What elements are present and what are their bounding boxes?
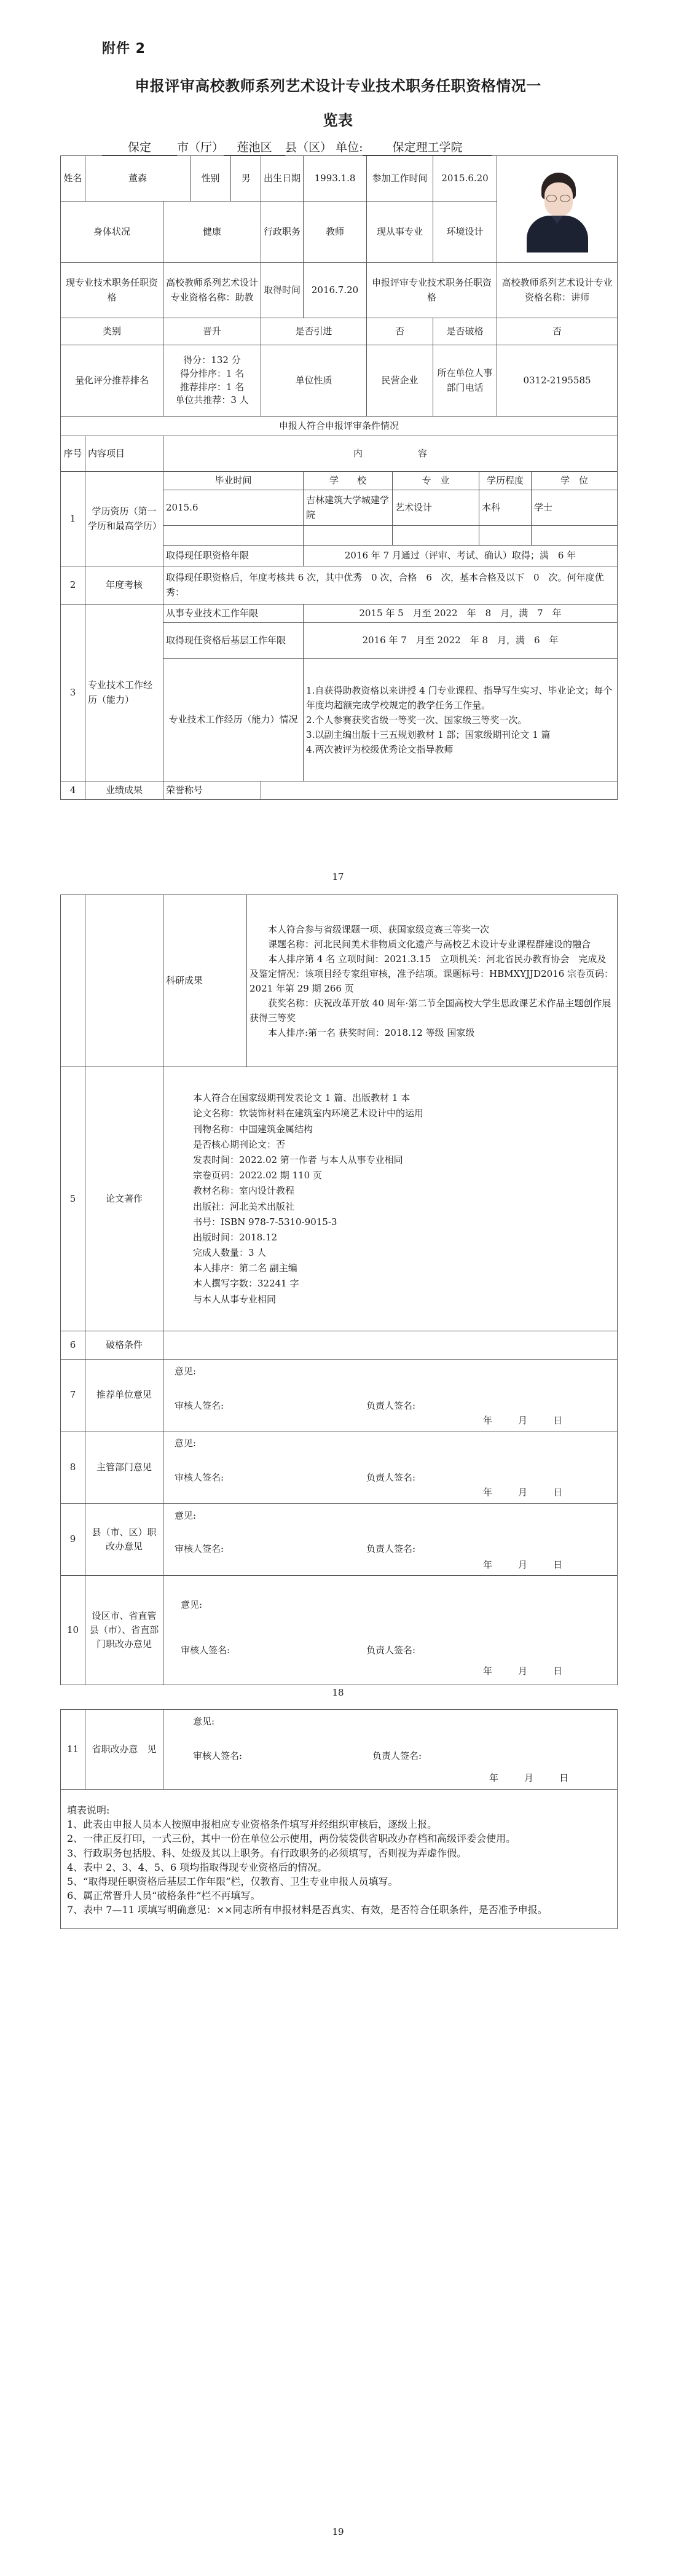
item-6-label: 破格条件 (85, 1331, 163, 1360)
paper-line: 本人撰写字数：32241 字 (193, 1276, 615, 1291)
paper-line: 宗卷页码：2022.02 期 110 页 (193, 1168, 615, 1183)
research-line: 获奖名称：庆祝改革开放 40 周年·第二节全国高校大学生思政课艺术作品主题创作展… (250, 996, 615, 1025)
item-3-label: 专业技术工作经历（能力） (85, 605, 163, 781)
leader-sign-label: 负责人签名: (366, 1643, 415, 1658)
item-6-no: 6 (61, 1331, 85, 1360)
edu-empty-cell (393, 526, 479, 546)
opinion-label: 意见: (175, 1364, 196, 1379)
unit-type-label: 单位性质 (261, 345, 367, 417)
page-number-18: 18 (307, 1687, 369, 1698)
unit-type-value: 民营企业 (367, 345, 433, 417)
date-line: 年月日 (483, 1414, 594, 1428)
notes-section: 填表说明: 1、此表由申报人员本人按照申报相应专业资格条件填写并经组织审核后，逐… (61, 1790, 618, 1929)
photo-cell (497, 156, 618, 263)
qual-years-value: 2016 年 7 月通过（评审、考试、确认）取得；满 6 年 (304, 546, 618, 566)
score-rank-line: 得分排序：1 名 (166, 367, 258, 381)
item-11-opinion[interactable]: 意见: 审核人签名: 负责人签名: 年月日 (163, 1710, 618, 1790)
note-line: 2、一律正反打印，一式三份，其中一份在单位公示使用，两份装袋供省职改办存档和高级… (67, 1831, 612, 1846)
page-title-line1: 申报评审高校教师系列艺术设计专业技术职务任职资格情况一 (61, 74, 615, 95)
birth-value: 1993.1.8 (304, 156, 367, 202)
leader-sign-label: 负责人签名: (372, 1749, 422, 1763)
item-6-content (163, 1331, 618, 1360)
item-5-no: 5 (61, 1067, 85, 1331)
name-label: 姓名 (61, 156, 85, 202)
gender-label: 性别 (191, 156, 231, 202)
city-suffix: 市（厅） (177, 141, 224, 154)
info-table-page1: 姓名 董森 性别 男 出生日期 1993.1.8 参加工作时间 2015.6.2… (60, 155, 618, 800)
item-1-no: 1 (61, 472, 85, 566)
item-1-label: 学历资历（第一学历和最高学历） (85, 472, 163, 566)
admin-post-label: 行政职务 (261, 202, 304, 263)
edu-header-school: 学 校 (304, 472, 393, 490)
item-7-no: 7 (61, 1360, 85, 1431)
health-value: 健康 (163, 202, 261, 263)
research-label: 科研成果 (163, 895, 247, 1067)
edu-school: 吉林建筑大学城建学院 (304, 490, 393, 526)
year-label: 年 (483, 1559, 492, 1570)
honor-value (261, 781, 618, 800)
category-value: 晋升 (163, 318, 261, 345)
research-line: 本人排序:第一名 获奖时间：2018.12 等级 国家级 (250, 1025, 615, 1040)
grassroots-label: 取得现任资格后基层工作年限 (163, 623, 304, 659)
honor-label: 荣誉称号 (163, 781, 261, 800)
notes-title: 填表说明: (67, 1803, 612, 1817)
obtain-time-value: 2016.7.20 (304, 263, 367, 318)
note-line: 3、行政职务包括股、科、处级及其以上职务。有行政职务的必须填写，否则视为弄虚作假… (67, 1846, 612, 1860)
day-label: 日 (559, 1772, 568, 1783)
edu-header-grad-time: 毕业时间 (163, 472, 304, 490)
exceptional-label: 是否破格 (433, 318, 497, 345)
work-start-value: 2015.6.20 (433, 156, 497, 202)
research-line: 本人排序第 4 名 立项时间：2021.3.15 立项机关：河北省民办教育协会 … (250, 952, 615, 996)
note-line: 7、表中 7—11 项填写明确意见：××同志所有申报材料是否真实、有效，是否符合… (67, 1903, 612, 1917)
experience-line: 1.自获得助教资格以来讲授 4 门专业课程、指导写生实习、毕业论文；每个年度均超… (306, 683, 615, 713)
work-years-label: 从事专业技术工作年限 (163, 605, 304, 623)
reviewer-sign-label: 审核人签名: (175, 1542, 224, 1556)
item-4-cont-no (61, 895, 85, 1067)
edu-level: 本科 (479, 490, 532, 526)
col-header-no: 序号 (61, 436, 85, 472)
paper-line: 出版社：河北美术出版社 (193, 1199, 615, 1215)
item-3-no: 3 (61, 605, 85, 781)
month-label: 月 (518, 1666, 527, 1677)
work-years-value: 2015 年 5 月至 2022 年 8 月，满 7 年 (304, 605, 618, 623)
location-line: 保定市（厅）莲池区县（区） 单位:保定理工学院 (102, 138, 532, 155)
paper-line: 是否核心期刊论文：否 (193, 1137, 615, 1153)
date-line: 年月日 (483, 1664, 594, 1678)
edu-empty-cell (532, 526, 618, 546)
info-table-page3: 11 省职改办意 见 意见: 审核人签名: 负责人签名: 年月日 填表说明: 1… (60, 1709, 618, 1929)
portrait-photo (523, 166, 592, 253)
name-value: 董森 (85, 156, 191, 202)
info-table-page2: 科研成果 本人符合参与省级课题一项、获国家级竞赛三等奖一次 课题名称：河北民间美… (60, 895, 618, 1685)
reviewer-sign-label: 审核人签名: (193, 1749, 242, 1763)
page-number-19: 19 (307, 2526, 369, 2537)
experience-content: 1.自获得助教资格以来讲授 4 门专业课程、指导写生实习、毕业论文；每个年度均超… (304, 659, 618, 781)
item-8-no: 8 (61, 1431, 85, 1504)
item-11-label: 省职改办意 见 (85, 1710, 163, 1790)
item-9-opinion[interactable]: 意见: 审核人签名: 负责人签名: 年月日 (163, 1504, 618, 1576)
opinion-label: 意见: (175, 1436, 196, 1450)
year-label: 年 (489, 1772, 498, 1783)
health-label: 身体状况 (61, 202, 163, 263)
work-start-label: 参加工作时间 (367, 156, 433, 202)
item-10-no: 10 (61, 1576, 85, 1685)
item-5-label: 论文著作 (85, 1067, 163, 1331)
day-label: 日 (553, 1666, 562, 1677)
item-8-label: 主管部门意见 (85, 1431, 163, 1504)
experience-line: 2.个人参赛获奖省级一等奖一次、国家级三等奖一次。 (306, 713, 615, 727)
paper-line: 书号：ISBN 978-7-5310-9015-3 (193, 1215, 615, 1230)
major-label: 现从事专业 (367, 202, 433, 263)
obtain-time-label: 取得时间 (261, 263, 304, 318)
reviewer-sign-label: 审核人签名: (175, 1471, 224, 1485)
note-line: 4、表中 2、3、4、5、6 项均指取得现专业资格后的情况。 (67, 1860, 612, 1874)
edu-header-degree: 学 位 (532, 472, 618, 490)
item-10-label: 设区市、省直管县（市）、省直部门职改办意见 (85, 1576, 163, 1685)
hr-phone-value: 0312-2195585 (497, 345, 618, 417)
city-value: 保定 (102, 138, 177, 155)
day-label: 日 (553, 1487, 562, 1498)
unit-label: 单位: (336, 141, 363, 154)
item-2-label: 年度考核 (85, 566, 163, 605)
item-2-no: 2 (61, 566, 85, 605)
note-line: 1、此表由申报人员本人按照申报相应专业资格条件填写并经组织审核后，逐级上报。 (67, 1817, 612, 1831)
county-value: 莲池区 (224, 138, 285, 155)
category-label: 类别 (61, 318, 163, 345)
month-label: 月 (518, 1415, 527, 1426)
research-content: 本人符合参与省级课题一项、获国家级竞赛三等奖一次 课题名称：河北民间美术非物质文… (247, 895, 618, 1067)
year-label: 年 (483, 1415, 492, 1426)
apply-qual-value: 高校教师系列艺术设计专业资格名称：讲师 (497, 263, 618, 318)
paper-line: 刊物名称：中国建筑金属结构 (193, 1122, 615, 1137)
year-label: 年 (483, 1666, 492, 1677)
item-4-no: 4 (61, 781, 85, 800)
day-label: 日 (553, 1559, 562, 1570)
col-header-content: 内 容 (163, 436, 618, 472)
edu-empty-cell (163, 526, 304, 546)
page-title-line2: 览表 (61, 108, 615, 130)
birth-label: 出生日期 (261, 156, 304, 202)
paper-line: 本人符合在国家级期刊发表论文 1 篇、出版教材 1 本 (193, 1090, 615, 1106)
date-line: 年月日 (483, 1486, 594, 1500)
score-line: 得分：132 分 (166, 354, 258, 367)
reviewer-sign-label: 审核人签名: (181, 1643, 230, 1658)
item-9-label: 县（市、区）职改办意见 (85, 1504, 163, 1576)
admin-post-value: 教师 (304, 202, 367, 263)
col-header-item: 内容项目 (85, 436, 163, 472)
item-4-cont-label (85, 895, 163, 1067)
hr-phone-label: 所在单位人事部门电话 (433, 345, 497, 417)
item-5-content: 本人符合在国家级期刊发表论文 1 篇、出版教材 1 本 论文名称：软装饰材料在建… (163, 1067, 618, 1331)
score-values: 得分：132 分 得分排序：1 名 推荐排序：1 名 单位共推荐：3 人 (163, 345, 261, 417)
reviewer-sign-label: 审核人签名: (175, 1399, 224, 1413)
research-line: 课题名称：河北民间美术非物质文化遗产与高校艺术设计专业课程群建设的融合 (250, 937, 615, 952)
paper-line: 本人排序：第二名 副主编 (193, 1261, 615, 1276)
major-value: 环境设计 (433, 202, 497, 263)
qual-years-label: 取得现任职资格年限 (163, 546, 304, 566)
paper-line: 完成人数量：3 人 (193, 1245, 615, 1261)
day-label: 日 (553, 1415, 562, 1426)
item-7-opinion[interactable]: 意见: 审核人签名: 负责人签名: 年月日 (163, 1360, 618, 1431)
experience-label: 专业技术工作经历（能力）情况 (163, 659, 304, 781)
note-line: 5、“取得现任职资格后基层工作年限”栏，仅教育、卫生专业申报人员填写。 (67, 1874, 612, 1889)
paper-line: 出版时间：2018.12 (193, 1230, 615, 1245)
item-4-label: 业绩成果 (85, 781, 163, 800)
date-line: 年月日 (489, 1771, 600, 1785)
unit-value: 保定理工学院 (363, 138, 492, 155)
leader-sign-label: 负责人签名: (366, 1542, 415, 1556)
edu-empty-cell (479, 526, 532, 546)
grassroots-value: 2016 年 7 月至 2022 年 8 月，满 6 年 (304, 623, 618, 659)
paper-line: 论文名称：软装饰材料在建筑室内环境艺术设计中的运用 (193, 1106, 615, 1121)
year-label: 年 (483, 1487, 492, 1498)
experience-line: 4.两次被评为校级优秀论文指导教师 (306, 742, 615, 757)
recommend-rank-line: 推荐排序：1 名 (166, 381, 258, 394)
paper-line: 教材名称：室内设计教程 (193, 1183, 615, 1199)
gender-value: 男 (231, 156, 261, 202)
opinion-label: 意见: (175, 1509, 196, 1523)
edu-major: 艺术设计 (393, 490, 479, 526)
month-label: 月 (518, 1487, 527, 1498)
page-number-17: 17 (307, 871, 369, 882)
county-suffix: 县（区） (285, 141, 332, 154)
item-8-opinion[interactable]: 意见: 审核人签名: 负责人签名: 年月日 (163, 1431, 618, 1504)
attachment-label: 附件 2 (102, 38, 146, 57)
item-9-no: 9 (61, 1504, 85, 1576)
edu-header-major: 专 业 (393, 472, 479, 490)
edu-empty-cell (304, 526, 393, 546)
month-label: 月 (518, 1559, 527, 1570)
item-10-opinion[interactable]: 意见: 审核人签名: 负责人签名: 年月日 (163, 1576, 618, 1685)
introduced-label: 是否引进 (261, 318, 367, 345)
paper-line: 发表时间：2022.02 第一作者 与本人从事专业相同 (193, 1153, 615, 1168)
opinion-label: 意见: (181, 1598, 202, 1612)
leader-sign-label: 负责人签名: (366, 1399, 415, 1413)
score-label: 量化评分推荐排名 (61, 345, 163, 417)
edu-grad-time: 2015.6 (163, 490, 304, 526)
current-qual-value: 高校教师系列艺术设计专业资格名称：助教 (163, 263, 261, 318)
current-qual-label: 现专业技术职务任职资格 (61, 263, 163, 318)
total-recommend-line: 单位共推荐：3 人 (166, 394, 258, 407)
item-11-no: 11 (61, 1710, 85, 1790)
edu-degree: 学士 (532, 490, 618, 526)
leader-sign-label: 负责人签名: (366, 1471, 415, 1485)
date-line: 年月日 (483, 1558, 594, 1572)
research-line: 本人符合参与省级课题一项、获国家级竞赛三等奖一次 (250, 922, 615, 937)
opinion-label: 意见: (193, 1715, 214, 1729)
exceptional-value: 否 (497, 318, 618, 345)
edu-header-level: 学历程度 (479, 472, 532, 490)
item-2-text: 取得现任职资格后，年度考核共 6 次，其中优秀 0 次，合格 6 次，基本合格及… (163, 566, 618, 605)
item-7-label: 推荐单位意见 (85, 1360, 163, 1431)
apply-qual-label: 申报评审专业技术职务任职资格 (367, 263, 497, 318)
month-label: 月 (524, 1772, 533, 1783)
paper-line: 与本人从事专业相同 (193, 1292, 615, 1307)
introduced-value: 否 (367, 318, 433, 345)
conditions-section-title: 申报人符合申报评审条件情况 (61, 417, 618, 436)
note-line: 6、属正常晋升人员“破格条件”栏不再填写。 (67, 1889, 612, 1903)
experience-line: 3.以副主编出版十三五规划教材 1 部；国家级期刊论文 1 篇 (306, 727, 615, 742)
